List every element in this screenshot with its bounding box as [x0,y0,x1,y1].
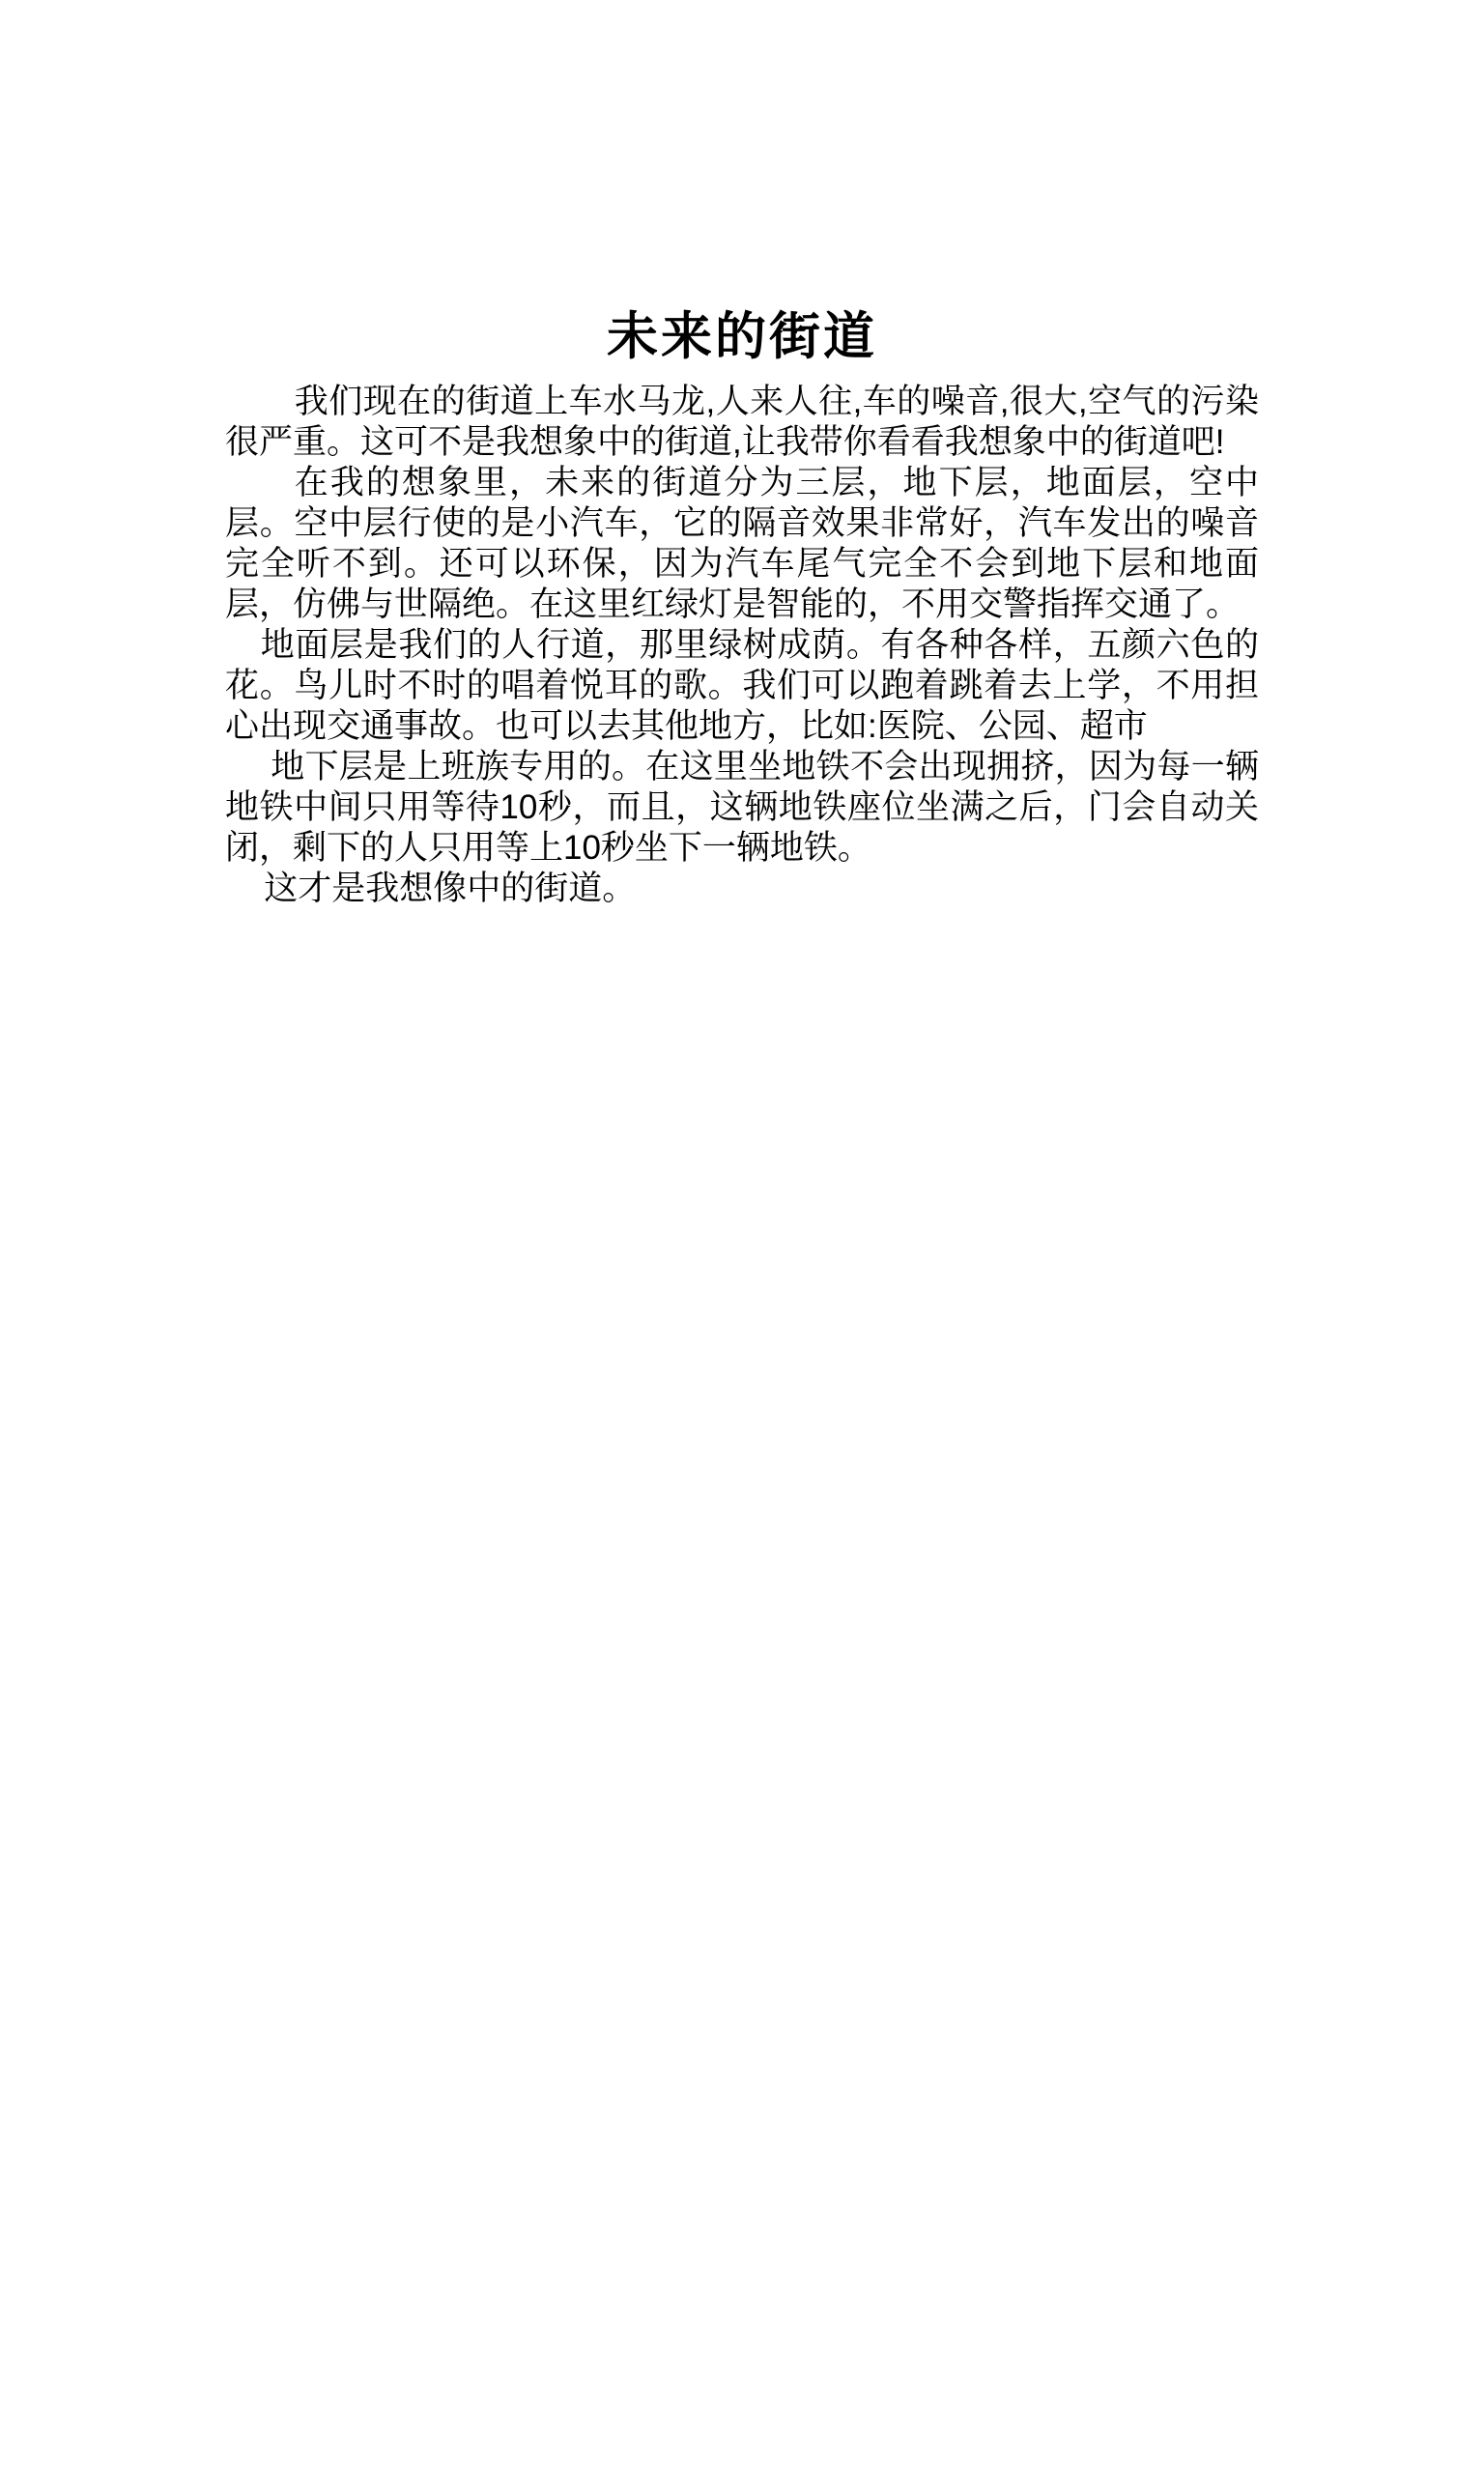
paragraph-three-layers: 在我的想象里，未来的街道分为三层，地下层，地面层，空中层。空中层行使的是小汽车，… [225,463,1259,625]
paragraph-underground-layer: 地下层是上班族专用的。在这里坐地铁不会出现拥挤，因为每一辆地铁中间只用等待10秒… [225,747,1259,869]
paragraph-intro: 我们现在的街道上车水马龙,人来人往,车的噪音,很大,空气的污染很严重。这可不是我… [225,382,1259,463]
paragraph-ground-layer: 地面层是我们的人行道，那里绿树成荫。有各种各样，五颜六色的花。鸟儿时不时的唱着悦… [225,625,1259,747]
paragraph-conclusion: 这才是我想像中的街道。 [225,869,1259,909]
document-title: 未来的街道 [225,307,1259,367]
document-page: 未来的街道 我们现在的街道上车水马龙,人来人往,车的噪音,很大,空气的污染很严重… [0,0,1484,2484]
document-content: 未来的街道 我们现在的街道上车水马龙,人来人往,车的噪音,很大,空气的污染很严重… [225,307,1259,909]
